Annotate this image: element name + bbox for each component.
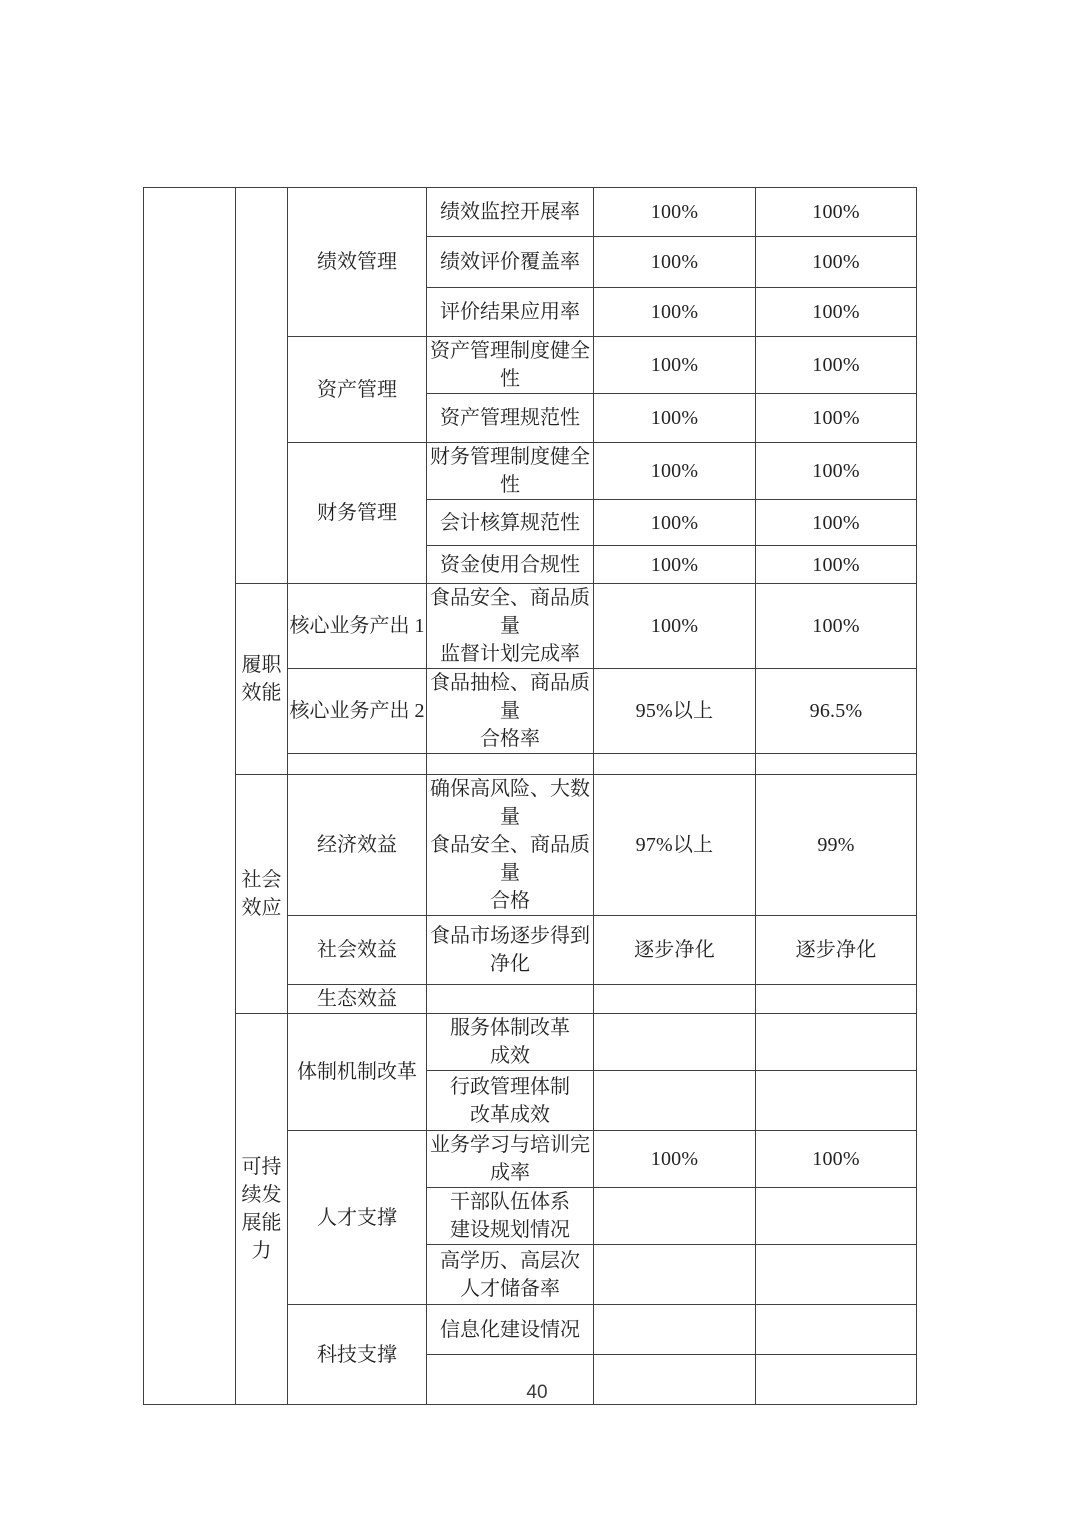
actual-value-cell: 100% xyxy=(756,500,917,546)
target-value-cell: 100% xyxy=(594,288,756,337)
page-number: 40 xyxy=(0,1382,1074,1404)
level3-cell-blank xyxy=(288,754,427,775)
level3-cell-core-output1: 核心业务产出 1 xyxy=(288,584,427,669)
indicator-name-cell: 食品抽检、商品质量 合格率 xyxy=(427,669,594,754)
level3-cell-social-benefit: 社会效益 xyxy=(288,916,427,985)
indicator-name-cell: 信息化建设情况 xyxy=(427,1305,594,1355)
target-value-cell: 100% xyxy=(594,546,756,584)
table-row: 社会效应 经济效益 确保高风险、大数量 食品安全、商品质量 合格 97%以上 9… xyxy=(144,775,917,916)
target-value-cell: 100% xyxy=(594,443,756,500)
level2-category-cell-social: 社会效应 xyxy=(236,775,288,1014)
actual-value-cell: 99% xyxy=(756,775,917,916)
target-value-cell: 95%以上 xyxy=(594,669,756,754)
target-value-cell: 100% xyxy=(594,500,756,546)
actual-value-cell xyxy=(756,1245,917,1305)
level2-category-cell-sustain: 可持续发展能力 xyxy=(236,1014,288,1405)
target-value-cell xyxy=(594,1305,756,1355)
target-value-cell: 100% xyxy=(594,584,756,669)
indicator-name-cell: 确保高风险、大数量 食品安全、商品质量 合格 xyxy=(427,775,594,916)
performance-indicator-table: 绩效管理 绩效监控开展率 100% 100% 绩效评价覆盖率 100% 100%… xyxy=(143,187,917,1405)
table-row: 履职效能 核心业务产出 1 食品安全、商品质量 监督计划完成率 100% 100… xyxy=(144,584,917,669)
indicator-name-cell: 绩效监控开展率 xyxy=(427,188,594,237)
indicator-name-cell: 绩效评价覆盖率 xyxy=(427,237,594,288)
actual-value-cell xyxy=(756,985,917,1014)
actual-value-cell xyxy=(756,1014,917,1071)
level3-cell-finance-mgmt: 财务管理 xyxy=(288,443,427,584)
indicator-name-cell: 食品安全、商品质量 监督计划完成率 xyxy=(427,584,594,669)
target-value-cell: 100% xyxy=(594,337,756,394)
table-row: 绩效管理 绩效监控开展率 100% 100% xyxy=(144,188,917,237)
indicator-name-cell: 服务体制改革 成效 xyxy=(427,1014,594,1071)
indicator-name-cell: 高学历、高层次 人才储备率 xyxy=(427,1245,594,1305)
indicator-name-cell xyxy=(427,754,594,775)
actual-value-cell: 100% xyxy=(756,337,917,394)
actual-value-cell: 100% xyxy=(756,443,917,500)
target-value-cell: 100% xyxy=(594,237,756,288)
indicator-name-cell: 业务学习与培训完 成率 xyxy=(427,1131,594,1188)
level3-cell-economic: 经济效益 xyxy=(288,775,427,916)
target-value-cell xyxy=(594,985,756,1014)
level1-category-cell xyxy=(144,188,236,1405)
table-row: 可持续发展能力 体制机制改革 服务体制改革 成效 xyxy=(144,1014,917,1071)
target-value-cell xyxy=(594,1014,756,1071)
target-value-cell xyxy=(594,1188,756,1245)
actual-value-cell: 96.5% xyxy=(756,669,917,754)
level2-category-cell-duty: 履职效能 xyxy=(236,584,288,775)
indicator-name-cell: 会计核算规范性 xyxy=(427,500,594,546)
target-value-cell: 逐步净化 xyxy=(594,916,756,985)
level3-cell-performance-mgmt: 绩效管理 xyxy=(288,188,427,337)
indicator-name-cell xyxy=(427,985,594,1014)
target-value-cell: 100% xyxy=(594,188,756,237)
target-value-cell xyxy=(594,1245,756,1305)
actual-value-cell: 100% xyxy=(756,1131,917,1188)
indicator-name-cell: 资金使用合规性 xyxy=(427,546,594,584)
indicator-name-cell: 行政管理体制 改革成效 xyxy=(427,1071,594,1131)
target-value-cell xyxy=(594,754,756,775)
actual-value-cell: 逐步净化 xyxy=(756,916,917,985)
actual-value-cell xyxy=(756,754,917,775)
level3-cell-talent: 人才支撑 xyxy=(288,1131,427,1305)
actual-value-cell: 100% xyxy=(756,237,917,288)
level3-cell-system-reform: 体制机制改革 xyxy=(288,1014,427,1131)
target-value-cell: 97%以上 xyxy=(594,775,756,916)
level3-cell-asset-mgmt: 资产管理 xyxy=(288,337,427,443)
actual-value-cell xyxy=(756,1305,917,1355)
indicator-name-cell: 食品市场逐步得到 净化 xyxy=(427,916,594,985)
indicator-name-cell: 干部队伍体系 建设规划情况 xyxy=(427,1188,594,1245)
level3-cell-core-output2: 核心业务产出 2 xyxy=(288,669,427,754)
indicator-name-cell: 评价结果应用率 xyxy=(427,288,594,337)
indicator-name-cell: 资产管理规范性 xyxy=(427,394,594,443)
level2-category-cell-blank xyxy=(236,188,288,584)
target-value-cell: 100% xyxy=(594,1131,756,1188)
indicator-name-cell: 财务管理制度健全 性 xyxy=(427,443,594,500)
indicator-name-cell: 资产管理制度健全 性 xyxy=(427,337,594,394)
target-value-cell xyxy=(594,1071,756,1131)
actual-value-cell: 100% xyxy=(756,394,917,443)
actual-value-cell: 100% xyxy=(756,188,917,237)
actual-value-cell: 100% xyxy=(756,288,917,337)
actual-value-cell xyxy=(756,1071,917,1131)
actual-value-cell xyxy=(756,1188,917,1245)
level3-cell-ecological: 生态效益 xyxy=(288,985,427,1014)
target-value-cell: 100% xyxy=(594,394,756,443)
actual-value-cell: 100% xyxy=(756,584,917,669)
actual-value-cell: 100% xyxy=(756,546,917,584)
